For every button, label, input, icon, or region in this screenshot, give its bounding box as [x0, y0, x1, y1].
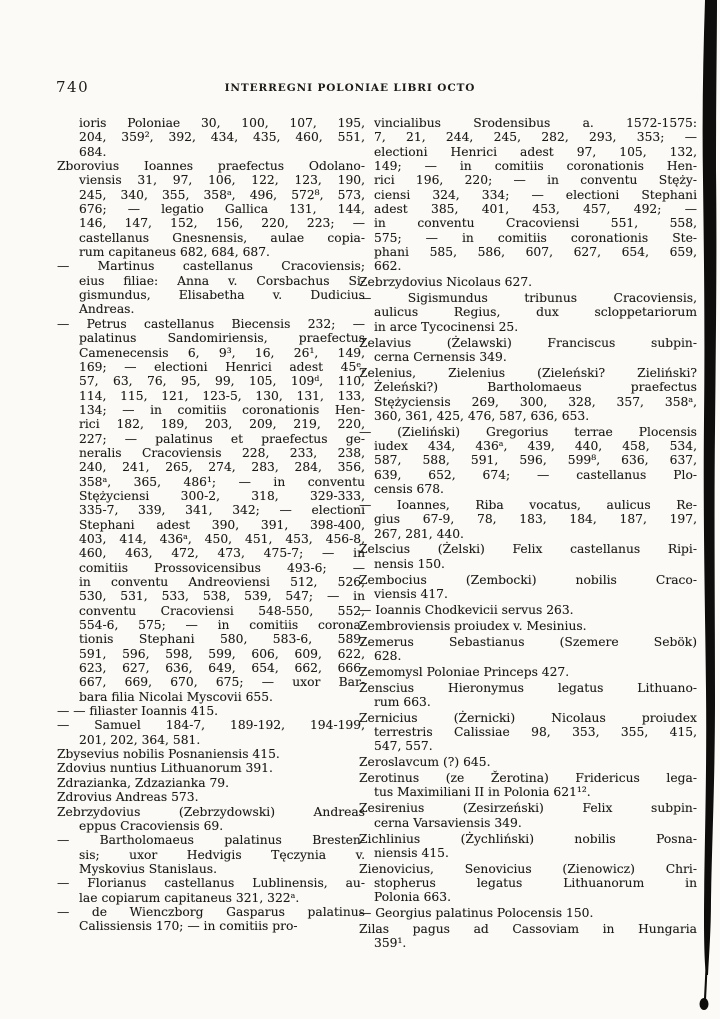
- index-entry: — de Wienczborg Gasparus palatinusCaliss…: [57, 905, 365, 934]
- index-entry: Zichlinius (Żychliński) nobilis Posna-ni…: [359, 832, 697, 861]
- index-entry: ioris Poloniae 30, 100, 107, 195,204, 35…: [57, 116, 365, 159]
- index-entry: — Samuel 184-7, 189-192, 194-199,201, 20…: [57, 718, 365, 747]
- index-entry: Zembroviensis proiudex v. Mesinius.: [359, 619, 697, 633]
- index-entry: — — filiaster Ioannis 415.: [57, 704, 365, 718]
- index-entry: — Florianus castellanus Lublinensis, au-…: [57, 876, 365, 905]
- index-entry: — Martinus castellanus Cracoviensis;eius…: [57, 259, 365, 316]
- index-entry: — Ioannes, Riba vocatus, aulicus Re-gius…: [359, 498, 697, 541]
- index-entry: — Bartholomaeus palatinus Bresten-sis; u…: [57, 833, 365, 876]
- index-entry: — Georgius palatinus Polocensis 150.: [359, 906, 697, 920]
- running-title: INTERREGNI POLONIAE LIBRI OCTO: [0, 82, 700, 94]
- index-entry: Zebrzydovius Nicolaus 627.: [359, 275, 697, 289]
- index-entry: Zemerus Sebastianus (Szemere Sebök)628.: [359, 635, 697, 664]
- index-entry: Zdrovius Andreas 573.: [57, 790, 365, 804]
- left-column: ioris Poloniae 30, 100, 107, 195,204, 35…: [57, 116, 365, 934]
- index-entry: — Petrus castellanus Biecensis 232; —pal…: [57, 317, 365, 704]
- index-entry: Zilas pagus ad Cassoviam in Hungaria359¹…: [359, 922, 697, 951]
- index-entry: Zebrzydovius (Zebrzydowski) Andreaseppus…: [57, 805, 365, 834]
- index-entry: — Ioannis Chodkevicii servus 263.: [359, 603, 697, 617]
- index-entry: Zborovius Ioannes praefectus Odolano-vie…: [57, 159, 365, 259]
- index-entry: Zelavius (Żelawski) Franciscus subpin-ce…: [359, 336, 697, 365]
- index-entry: Zenscius Hieronymus legatus Lithuano-rum…: [359, 681, 697, 710]
- right-column: vincialibus Srodensibus a. 1572-1575:7, …: [359, 116, 697, 952]
- index-entry: Zesirenius (Zesirzeński) Felix subpin-ce…: [359, 801, 697, 830]
- index-entry: Zbysevius nobilis Posnaniensis 415.: [57, 747, 365, 761]
- index-entry: Zelscius (Żelski) Felix castellanus Ripi…: [359, 542, 697, 571]
- index-entry: Zdovius nuntius Lithuanorum 391.: [57, 761, 365, 775]
- index-entry: — (Zieliński) Gregorius terrae Plocensis…: [359, 425, 697, 497]
- index-entry: Zdrazianka, Zdzazianka 79.: [57, 776, 365, 790]
- index-entry: Zeroslavcum (?) 645.: [359, 755, 697, 769]
- index-entry: Zembocius (Zembocki) nobilis Craco-viens…: [359, 573, 697, 602]
- index-entry: Zerotinus (ze Žerotina) Fridericus lega-…: [359, 771, 697, 800]
- index-entry: Zernicius (Żernicki) Nicolaus proiudexte…: [359, 711, 697, 754]
- book-binding-shadow: [694, 0, 720, 1019]
- index-entry: — Sigismundus tribunus Cracoviensis,auli…: [359, 291, 697, 334]
- index-entry: vincialibus Srodensibus a. 1572-1575:7, …: [359, 116, 697, 274]
- index-entry: Zelenius, Zielenius (Zieleński? Zielińsk…: [359, 366, 697, 423]
- index-entry: Zemomysl Poloniae Princeps 427.: [359, 665, 697, 679]
- index-entry: Zienovicius, Senovicius (Zienowicz) Chri…: [359, 862, 697, 905]
